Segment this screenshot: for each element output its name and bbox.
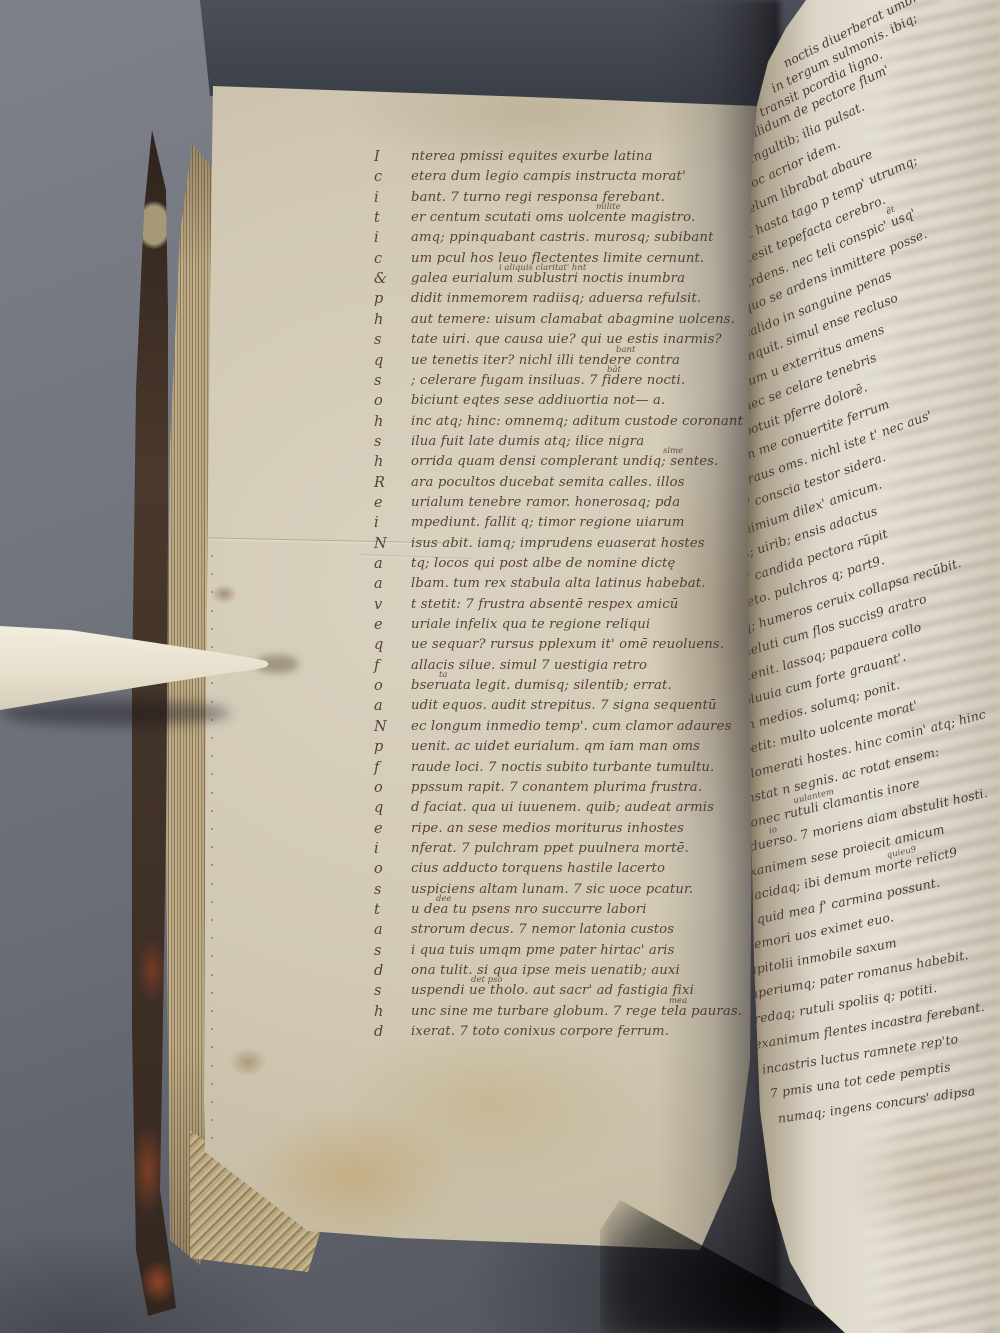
- verse-initial: i: [374, 191, 411, 207]
- verse-initial: s: [374, 944, 411, 960]
- verse-text: mpediunt. fallit q; timor regione uiarum: [411, 516, 685, 531]
- verse-initial: s: [374, 435, 411, 451]
- pricking-hole: [211, 846, 213, 848]
- verse-text: urialum tenebre ramor. honerosaq; pda: [411, 496, 680, 511]
- verse-text: ara pocultos ducebat semita calles. illo…: [411, 476, 685, 491]
- pricking-hole: [211, 1083, 213, 1085]
- verse-text: strorum decus. 7 nemor latonia custos: [411, 923, 674, 938]
- verse-initial: q: [374, 801, 411, 817]
- verse-text: biciunt eqtes sese addiuortia not— a.: [411, 394, 665, 409]
- verse-text: uspiciens altam lunam. 7 sic uoce pcatur…: [411, 883, 693, 898]
- verse-initial: o: [374, 394, 411, 410]
- verse-initial: h: [374, 455, 411, 471]
- verse-initial: &: [374, 272, 411, 288]
- verse-initial: e: [374, 618, 411, 634]
- interlinear-gloss: dee: [436, 895, 452, 904]
- verse-text: ue tenetis iter? nichl illi tendere cont…: [411, 354, 680, 369]
- verse-initial: o: [374, 781, 411, 797]
- verse-initial: a: [374, 557, 411, 573]
- interlinear-gloss: ta: [439, 671, 447, 680]
- pricking-hole: [211, 1046, 213, 1048]
- verse-text: cius adducto torquens hastile lacerto: [411, 862, 665, 877]
- verse-text: nferat. 7 pulchram ppet puulnera mortē.: [411, 842, 689, 857]
- pricking-hole: [211, 591, 213, 593]
- verse-initial: f: [374, 659, 411, 675]
- verse-initial: R: [374, 476, 411, 492]
- verse-text: ona tulit. si qua ipse meis uenatib; aux…: [411, 964, 680, 979]
- pricking-hole: [211, 755, 213, 757]
- pricking-hole: [211, 573, 213, 575]
- pricking-hole: [211, 1065, 213, 1067]
- pricking-hole: [211, 701, 213, 703]
- pricking-hole: [211, 628, 213, 630]
- verse-initial: d: [374, 1025, 411, 1041]
- pricking-hole: [211, 1119, 213, 1121]
- verse-initial: h: [374, 313, 411, 329]
- verse-text: didit inmemorem radiisq; aduersa refulsi…: [411, 292, 701, 307]
- verse-initial: i: [374, 231, 411, 247]
- verse-text: bant. 7 turno regi responsa ferebant.: [411, 191, 665, 206]
- pricking-hole: [211, 901, 213, 903]
- verse-text: i qua tuis umqm pme pater hirtac' aris: [411, 944, 675, 959]
- interlinear-gloss: bāt: [607, 366, 621, 375]
- verse-initial: q: [374, 354, 411, 370]
- verse-text: nterea pmissi equites exurbe latina: [411, 150, 653, 165]
- verse-text: u dea tu psens nro succurre labori: [411, 903, 647, 918]
- verse-text: tq; locos qui post albe de nomine dictę: [411, 557, 675, 572]
- verse-initial: s: [374, 984, 411, 1000]
- pricking-hole: [211, 955, 213, 957]
- pricking-hole: [211, 919, 213, 921]
- pricking-hole: [211, 646, 213, 648]
- verse-text: ilua fuit late dumis atq; ilice nigra: [411, 435, 644, 450]
- pricking-hole: [211, 992, 213, 994]
- verse-initial: e: [374, 822, 411, 838]
- verse-initial: N: [374, 537, 411, 553]
- pricking-hole: [211, 682, 213, 684]
- interlinear-gloss: bant: [616, 346, 635, 355]
- pricking-hole: [211, 737, 213, 739]
- pricking-hole: [211, 810, 213, 812]
- right-page: noctis diuerberat umbras.in tergum sulmo…: [740, 0, 1000, 1333]
- verse-initial: f: [374, 761, 411, 777]
- pricking-hole: [211, 1028, 213, 1030]
- interlinear-gloss: milite: [596, 203, 621, 212]
- pricking-hole: [211, 828, 213, 830]
- verse-initial: a: [374, 577, 411, 593]
- verse-initial: a: [374, 923, 411, 939]
- verse-initial: v: [374, 598, 411, 614]
- verse-initial: h: [374, 415, 411, 431]
- verse-initial: p: [374, 292, 411, 308]
- pricking-hole: [211, 1137, 213, 1139]
- verse-initial: o: [374, 862, 411, 878]
- pricking-hole: [211, 792, 213, 794]
- verse-initial: s: [374, 883, 411, 899]
- verse-initial: c: [374, 170, 411, 186]
- pricking-hole: [211, 1010, 213, 1012]
- verse-initial: o: [374, 679, 411, 695]
- verse-text: uspendi ue tholo. aut sacr' ad fastigia …: [411, 984, 694, 999]
- verse-initial: h: [374, 1005, 411, 1021]
- out-of-focus-text-region: [858, 0, 1000, 1333]
- pricking-hole: [211, 610, 213, 612]
- verse-initial: s: [374, 374, 411, 390]
- verse-initial: i: [374, 516, 411, 532]
- pricking-hole: [211, 937, 213, 939]
- pricking-hole: [211, 1101, 213, 1103]
- verse-initial: I: [374, 150, 411, 166]
- verse-initial: s: [374, 333, 411, 349]
- verse-text: ixerat. 7 toto conixus corpore ferrum.: [411, 1025, 669, 1040]
- verse-initial: q: [374, 638, 411, 654]
- verse-text: t stetit: 7 frustra absentē respex amicū: [411, 598, 678, 613]
- verse-text: galea eurialum sublustri noctis inumbra: [411, 272, 685, 287]
- verse-initial: t: [374, 211, 411, 227]
- manuscript-photo: Interea pmissi equites exurbe latinacete…: [0, 0, 1000, 1333]
- verse-text: etera dum legio campis instructa morat': [411, 170, 686, 185]
- verse-initial: c: [374, 252, 411, 268]
- verse-initial: i: [374, 842, 411, 858]
- verse-initial: t: [374, 903, 411, 919]
- verse-initial: d: [374, 964, 411, 980]
- verse-initial: p: [374, 740, 411, 756]
- pricking-hole: [211, 974, 213, 976]
- verse-initial: N: [374, 720, 411, 736]
- verse-initial: a: [374, 699, 411, 715]
- pricking-hole: [211, 773, 213, 775]
- verse-text: er centum scutati oms uolcente magistro.: [411, 211, 695, 226]
- verse-text: ppssum rapit. 7 conantem plurima frustra…: [411, 781, 702, 796]
- pricking-hole: [211, 864, 213, 866]
- verse-text: uriale infelix qua te regione reliqui: [411, 618, 650, 633]
- verse-text: uenit. ac uidet eurialum. qm iam man oms: [411, 740, 700, 755]
- interlinear-gloss: i aliquis claritat' hnt: [499, 264, 586, 273]
- interlinear-gloss: io: [768, 826, 778, 837]
- verse-text: ripe. an sese medios moriturus inhostes: [411, 822, 684, 837]
- verse-text: ; celerare fugam insiluas. 7 fidere noct…: [411, 374, 685, 389]
- verse-text: bseruata legit. dumisq; silentib; errat.: [411, 679, 672, 694]
- interlinear-gloss: det pso: [471, 976, 503, 985]
- pricking-hole: [211, 555, 213, 557]
- verse-initial: e: [374, 496, 411, 512]
- pricking-hole: [211, 883, 213, 885]
